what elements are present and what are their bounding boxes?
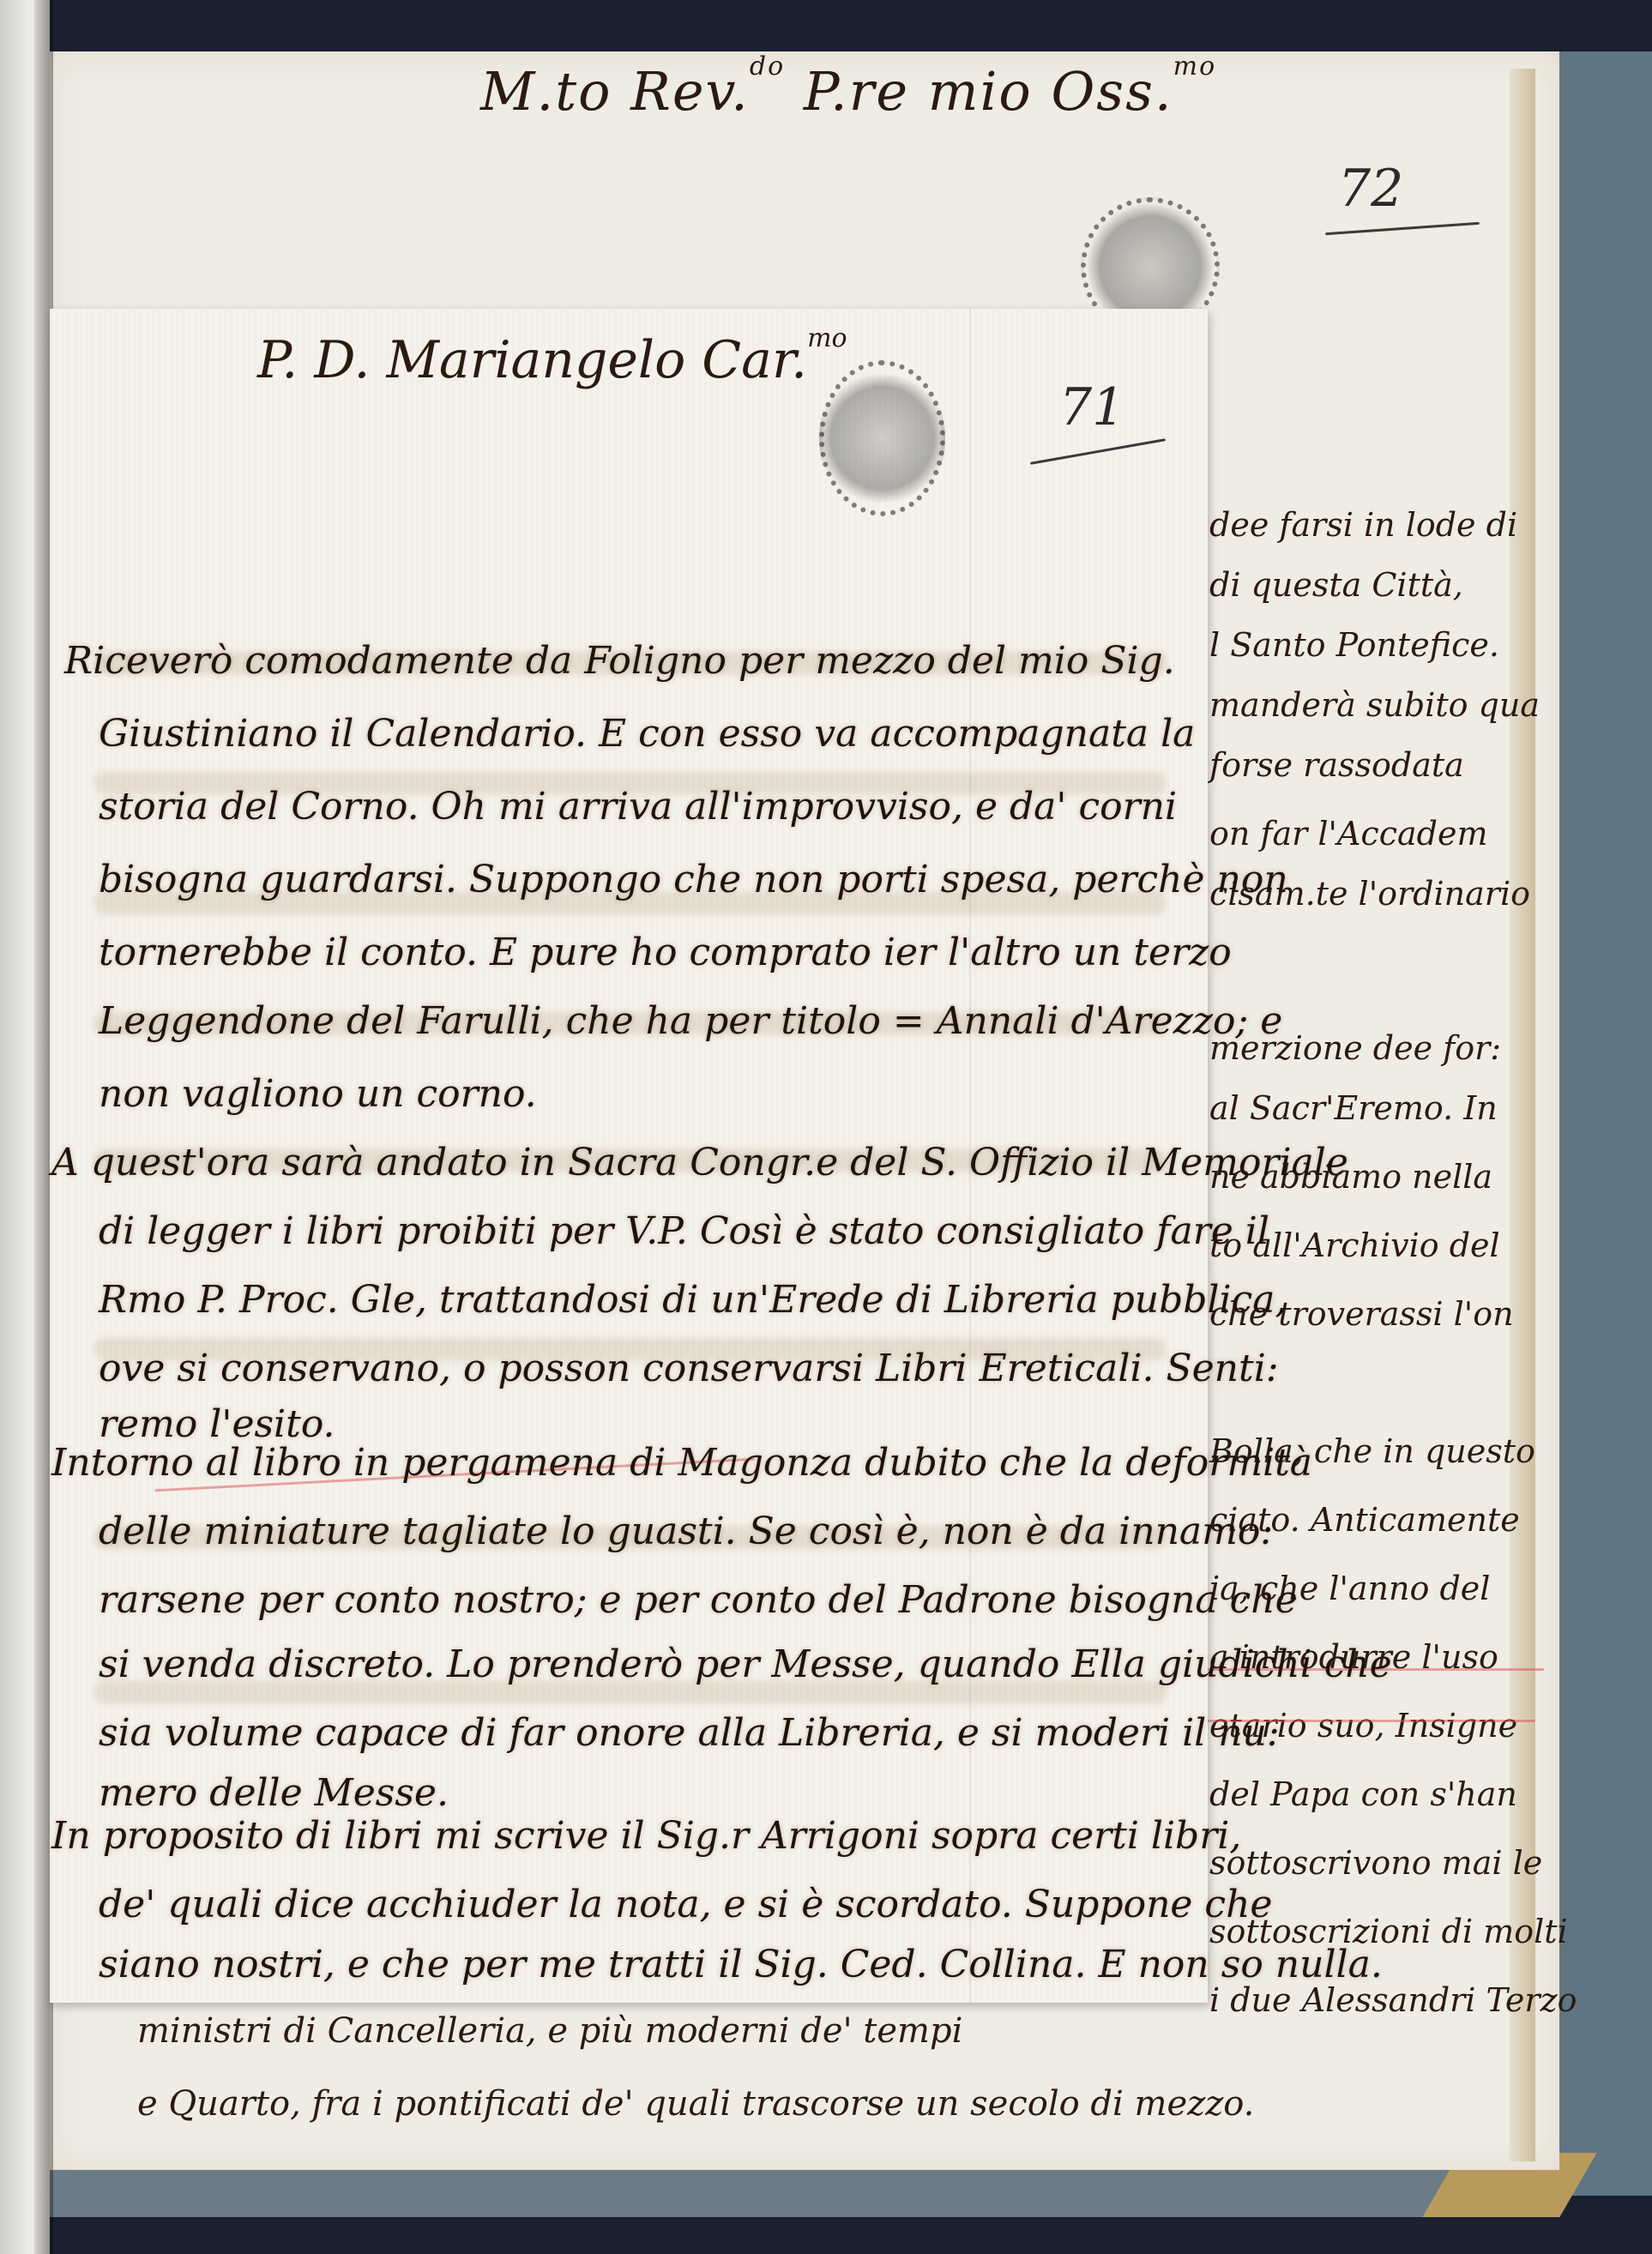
text-line: del Papa con s'han: [1209, 1775, 1517, 1813]
addressee-name: P. D. Mariangelo Car.: [257, 330, 807, 390]
text-line: sia volume capace di far onore alla Libr…: [99, 1711, 1280, 1755]
text-line: manderà subito qua: [1209, 686, 1540, 724]
text-line: i due Alessandri Terzo: [1209, 1981, 1577, 2019]
salutation-mid: P.re mio Oss.: [804, 60, 1173, 123]
folio-number-72: 72: [1338, 159, 1403, 219]
text-line: mero delle Messe.: [99, 1771, 449, 1815]
text-line: delle miniature tagliate lo guasti. Se c…: [99, 1510, 1273, 1553]
text-line: di questa Città,: [1209, 566, 1463, 604]
addressee: P. D. Mariangelo Car.mo: [257, 330, 847, 390]
text-line: forse rassodata: [1209, 746, 1464, 784]
text-line: ministri di Cancelleria, e più moderni d…: [137, 2011, 962, 2051]
text-line: A quest'ora sarà andato in Sacra Congr.e…: [51, 1141, 1348, 1184]
text-line: storia del Corno. Oh mi arriva all'impro…: [99, 785, 1177, 829]
text-line: l Santo Pontefice.: [1209, 626, 1499, 664]
text-line: al Sacr'Eremo. In: [1209, 1089, 1498, 1127]
text-line: siano nostri, e che per me tratti il Sig…: [99, 1943, 1383, 1986]
text-line: ove si conservano, o posson conservarsi …: [99, 1347, 1279, 1390]
text-line: dee farsi in lode di: [1209, 506, 1517, 544]
text-line: In proposito di libri mi scrive il Sig.r…: [51, 1814, 1241, 1858]
salutation-main: M.to Rev.: [480, 60, 750, 123]
text-line: rarsene per conto nostro; e per conto de…: [99, 1578, 1298, 1622]
text-line: bisogna guardarsi. Suppongo che non port…: [99, 858, 1288, 901]
salutation: M.to Rev.do P.re mio Oss.mo: [480, 60, 1216, 123]
salutation-sup-1: do: [750, 51, 785, 81]
text-line: Leggendone del Farulli, che ha per titol…: [99, 999, 1282, 1043]
text-line: si venda discreto. Lo prenderò per Messe…: [99, 1642, 1392, 1686]
text-line: Intorno al libro in pergamena di Magonza…: [51, 1441, 1312, 1485]
salutation-sup-2: mo: [1173, 51, 1217, 81]
text-line: di legger i libri proibiti per V.P. Così…: [99, 1209, 1269, 1253]
text-line: remo l'esito.: [99, 1402, 335, 1446]
archive-stamp-71: [819, 360, 945, 516]
text-line: non vagliono un corno.: [99, 1072, 537, 1116]
text-line: on far l'Accadem: [1209, 815, 1488, 853]
text-line: tornerebbe il conto. E pure ho comprato …: [99, 931, 1232, 974]
text-line: Riceverò comodamente da Foligno per mezz…: [64, 639, 1175, 683]
text-line: Giustiniano il Calendario. E con esso va…: [99, 712, 1195, 756]
text-line: e Quarto, fra i pontificati de' quali tr…: [137, 2084, 1254, 2124]
addressee-sup: mo: [807, 323, 847, 353]
text-line: de' quali dice acchiuder la nota, e si è…: [99, 1883, 1272, 1926]
text-line: sottoscrivono mai le: [1209, 1844, 1542, 1882]
text-line: Rmo P. Proc. Gle, trattandosi di un'Ered…: [99, 1278, 1287, 1322]
folio-number-71: 71: [1059, 377, 1124, 437]
